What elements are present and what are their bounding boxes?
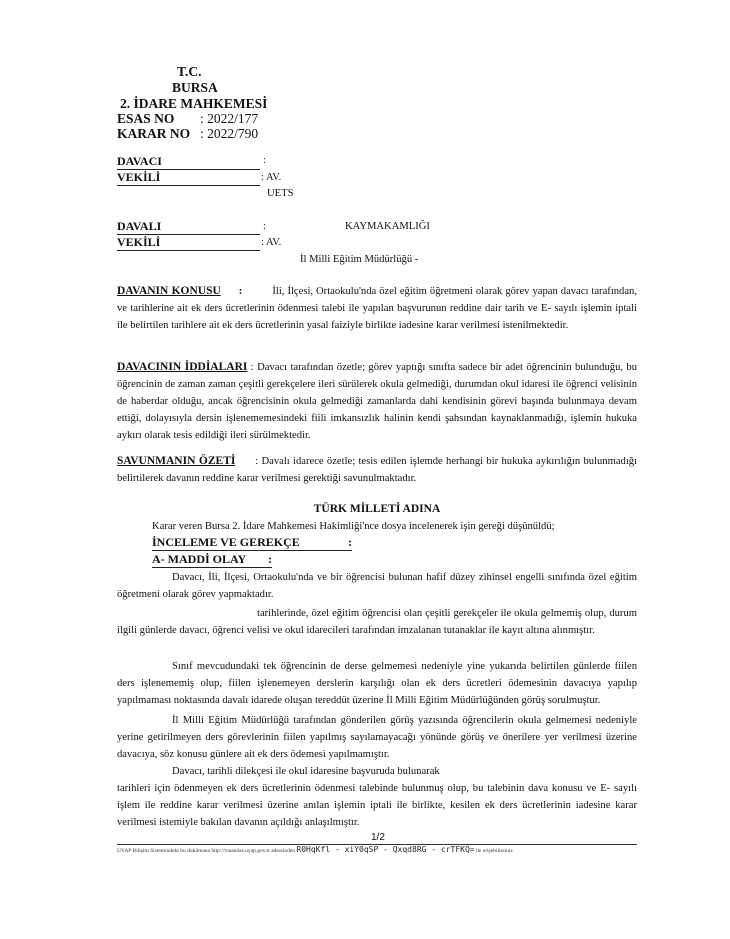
paragraph-4: İl Milli Eğitim Müdürlüğü tarafından gön… (117, 712, 637, 763)
esas-value: : 2022/177 (200, 111, 258, 127)
document-page: T.C. BURSA 2. İDARE MAHKEMESİ ESAS NO : … (0, 0, 730, 939)
page-number: 1/2 (371, 832, 385, 843)
davali-value: KAYMAKAMLIĞI (345, 218, 430, 235)
maddi-colon: : (268, 552, 272, 567)
vekili-label: VEKİLİ (117, 170, 260, 186)
savunmanin-ozeti-paragraph: SAVUNMANIN ÖZETİ : Davalı idarece özetle… (117, 453, 637, 487)
header-country: T.C. (177, 64, 202, 80)
inceleme-ve-gerekce-label: İNCELEME VE GEREKÇE : (152, 535, 352, 551)
vekili-label-2: VEKİLİ (117, 235, 260, 251)
turk-milleti-adina-title: TÜRK MİLLETİ ADINA (117, 503, 637, 515)
davaci-value: : (263, 152, 266, 169)
paragraph-3: Sınıf mevcudundaki tek öğrencinin de der… (117, 658, 637, 709)
davacinin-iddialari-text: : Davacı tarafından özetle; görev yaptığ… (117, 362, 637, 441)
vekili-org: İl Milli Eğitim Müdürlüğü - (300, 251, 418, 268)
karar-label: KARAR NO (117, 126, 190, 142)
verification-code: R0HqKfl - xiY0qSP - Qxqd8RG - crTFKQ= (296, 845, 474, 854)
maddi-olay-label: A- MADDİ OLAY : (152, 552, 272, 568)
header-court: 2. İDARE MAHKEMESİ (120, 96, 267, 112)
footer-note: UYAP Bilişim Sistemindeki bu dokümana ht… (117, 845, 513, 854)
inceleme-colon: : (348, 535, 352, 550)
savunmanin-ozeti-label: SAVUNMANIN ÖZETİ (117, 455, 235, 467)
vekili-value: : AV. (261, 169, 281, 186)
vekili-value-2: : AV. (261, 234, 281, 251)
karar-value: : 2022/790 (200, 126, 258, 142)
esas-label: ESAS NO (117, 111, 174, 127)
maddi-text: A- MADDİ OLAY (152, 552, 246, 566)
footer-suffix: ile erişebilirsiniz (476, 848, 513, 854)
davaci-label: DAVACI (117, 154, 260, 170)
karar-intro: Karar veren Bursa 2. İdare Mahkemesi Hak… (152, 518, 555, 535)
paragraph-5-line-1: Davacı, tarihli dilekçesi ile okul idare… (117, 763, 637, 780)
paragraph-1: Davacı, İli, İlçesi, Ortaokulu'nda ve bi… (117, 569, 637, 603)
header-city: BURSA (172, 80, 218, 96)
davanin-konusu-paragraph: DAVANIN KONUSU : İli, İlçesi, Ortaokulu'… (117, 283, 637, 334)
footer-prefix: UYAP Bilişim Sistemindeki bu dokümana ht… (117, 848, 295, 854)
davali-label: DAVALI (117, 219, 260, 235)
davacinin-iddialari-paragraph: DAVACININ İDDİALARI : Davacı tarafından … (117, 359, 637, 444)
uets-label: UETS (267, 185, 293, 202)
paragraph-5-rest: tarihleri için ödenmeyen ek ders ücretle… (117, 780, 637, 831)
davali-colon: : (263, 218, 266, 235)
inceleme-text: İNCELEME VE GEREKÇE (152, 535, 300, 549)
paragraph-2: tarihlerinde, özel eğitim öğrencisi olan… (117, 605, 637, 639)
davanin-konusu-label: DAVANIN KONUSU (117, 285, 221, 297)
davacinin-iddialari-label: DAVACININ İDDİALARI (117, 361, 247, 373)
